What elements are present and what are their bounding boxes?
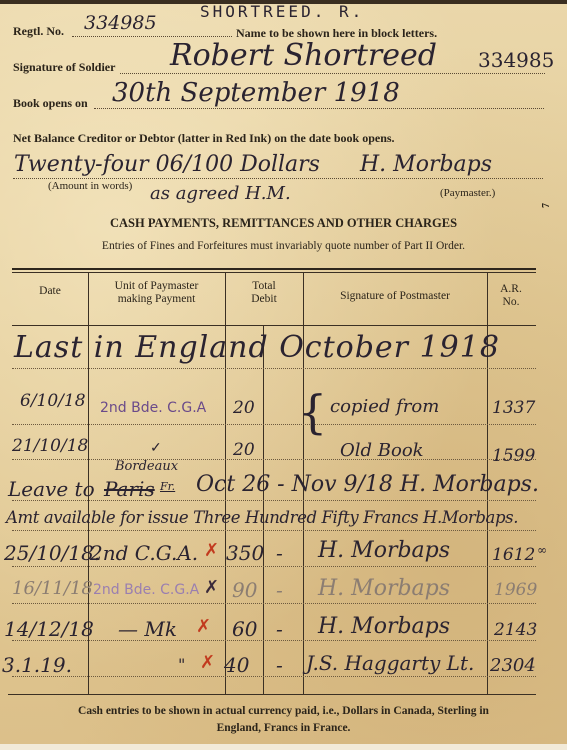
leave-note-inserted-destination: Bordeaux bbox=[115, 459, 178, 474]
leave-note-start: Leave to bbox=[8, 477, 95, 501]
regtl-no-value: 334985 bbox=[84, 12, 157, 34]
row1-signature: copied from bbox=[330, 396, 439, 417]
row3-date: 25/10/18. bbox=[4, 541, 100, 565]
row1-date: 6/10/18 bbox=[20, 391, 86, 411]
row4-signature: H. Morbaps bbox=[318, 576, 450, 601]
row4-date: 16/11/18 bbox=[12, 578, 93, 599]
block-letter-name: SHORTREED. R. bbox=[200, 2, 364, 21]
row6-debit: 40 bbox=[224, 653, 249, 677]
col-header-unit-line2: making Payment bbox=[88, 293, 225, 306]
row4-dash: - bbox=[276, 578, 283, 602]
row6-dash: - bbox=[276, 653, 283, 677]
signature-dots bbox=[120, 73, 545, 74]
row3-debit: 350 bbox=[226, 541, 264, 565]
row2-date: 21/10/18 bbox=[12, 436, 88, 456]
col-header-debit-line1: Total bbox=[225, 280, 303, 293]
signature-number: 334985 bbox=[478, 48, 554, 72]
footer-line2: England, Francs in France. bbox=[0, 722, 567, 734]
row1-ar-no: 1337 bbox=[492, 398, 535, 418]
row4-unit-stamp: 2nd Bde. C.G.A bbox=[93, 582, 199, 598]
row6-red-check: ✗ bbox=[200, 652, 215, 673]
row5-unit: — Mk bbox=[118, 617, 177, 641]
row-rule bbox=[12, 368, 536, 369]
paymaster-signature: H. Morbaps bbox=[360, 152, 492, 177]
row4-check: ✗ bbox=[204, 577, 219, 598]
table-top-rule bbox=[12, 268, 536, 270]
row-rule bbox=[12, 530, 536, 531]
row3-ar-mark: ∞ bbox=[537, 543, 547, 557]
amount-in-words-label: (Amount in words) bbox=[48, 180, 132, 192]
amount-available-note: Amt available for issue Three Hundred Fi… bbox=[6, 508, 518, 527]
row-rule bbox=[12, 424, 536, 425]
row-rule bbox=[12, 676, 536, 677]
col-header-debit: Total Debit bbox=[225, 280, 303, 306]
row3-dash: - bbox=[276, 541, 283, 565]
row-rule bbox=[12, 603, 536, 604]
row4-ar-no: 1969 bbox=[494, 580, 537, 600]
col-header-ar-line2: No. bbox=[487, 296, 535, 309]
row-rule bbox=[12, 566, 536, 567]
last-in-england-note: Last in England October 1918 bbox=[14, 330, 500, 365]
row3-ar-no: 1612 bbox=[492, 545, 535, 565]
table-bottom-rule bbox=[8, 694, 536, 695]
row2-signature: Old Book bbox=[340, 440, 424, 461]
row-bracket: { bbox=[298, 385, 327, 439]
net-balance-label: Net Balance Creditor or Debtor (latter i… bbox=[13, 131, 395, 146]
col-header-signature: Signature of Postmaster bbox=[303, 290, 487, 302]
regtl-no-label: Regtl. No. bbox=[13, 24, 64, 39]
row5-ar-no: 2143 bbox=[494, 620, 537, 640]
row3-signature: H. Morbaps bbox=[318, 538, 450, 563]
amount-in-words: Twenty-four 06/100 Dollars bbox=[14, 152, 320, 177]
table-top-rule-2 bbox=[12, 272, 536, 273]
book-opens-label: Book opens on bbox=[13, 96, 88, 111]
row5-date: 14/12/18 bbox=[4, 617, 94, 641]
col-header-debit-line2: Debit bbox=[225, 293, 303, 306]
row2-ar-no: 1599 bbox=[492, 446, 535, 466]
row2-debit: 20 bbox=[233, 440, 255, 460]
table-header-rule bbox=[12, 325, 536, 326]
leave-note-small: Fr. bbox=[160, 480, 175, 493]
row5-red-check: ✗ bbox=[196, 616, 211, 637]
row1-unit-stamp: 2nd Bde. C.G.A bbox=[100, 400, 206, 416]
col-header-ar: A.R. No. bbox=[487, 283, 535, 309]
row5-debit: 60 bbox=[232, 617, 257, 641]
row-rule bbox=[12, 459, 536, 460]
signature-label: Signature of Soldier bbox=[13, 60, 115, 75]
paymaster-label: (Paymaster.) bbox=[440, 187, 495, 199]
amount-dots bbox=[13, 178, 543, 179]
row6-ar-no: 2304 bbox=[490, 655, 536, 676]
pay-book-page: SHORTREED. R. Regtl. No. 334985 Name to … bbox=[0, 0, 567, 750]
row3-unit: 2nd C.G.A. bbox=[90, 541, 198, 565]
row4-debit: 90 bbox=[232, 578, 257, 602]
book-opens-dots bbox=[94, 108, 544, 109]
row6-unit-ditto: " bbox=[178, 655, 185, 674]
col-header-unit: Unit of Paymaster making Payment bbox=[88, 280, 225, 306]
row6-date: 3.1.19. bbox=[2, 653, 72, 677]
col-header-unit-line1: Unit of Paymaster bbox=[88, 280, 225, 293]
row6-signature: J.S. Haggarty Lt. bbox=[306, 651, 474, 675]
regtl-no-dots bbox=[72, 36, 232, 37]
soldier-signature: Robert Shortreed bbox=[170, 38, 437, 73]
bottom-edge bbox=[0, 744, 567, 750]
row1-debit: 20 bbox=[233, 398, 255, 418]
row5-dash: - bbox=[276, 617, 283, 641]
book-opens-value: 30th September 1918 bbox=[112, 78, 400, 108]
leave-note-struck-destination: Paris bbox=[104, 477, 155, 501]
col-header-date: Date bbox=[12, 285, 88, 297]
section-subtitle: Entries of Fines and Forfeitures must in… bbox=[0, 240, 567, 252]
col-header-ar-line1: A.R. bbox=[487, 283, 535, 296]
row3-red-check: ✗ bbox=[204, 540, 219, 561]
footer-line1: Cash entries to be shown in actual curre… bbox=[0, 705, 567, 717]
as-agreed-note: as agreed H.M. bbox=[150, 183, 291, 204]
section-title: CASH PAYMENTS, REMITTANCES AND OTHER CHA… bbox=[0, 216, 567, 231]
side-page-mark: 7 bbox=[541, 203, 552, 208]
row5-signature: H. Morbaps bbox=[318, 614, 450, 639]
row2-check-mark: ✓ bbox=[150, 440, 162, 456]
leave-note-end: Oct 26 - Nov 9/18 H. Morbaps. bbox=[196, 472, 539, 497]
